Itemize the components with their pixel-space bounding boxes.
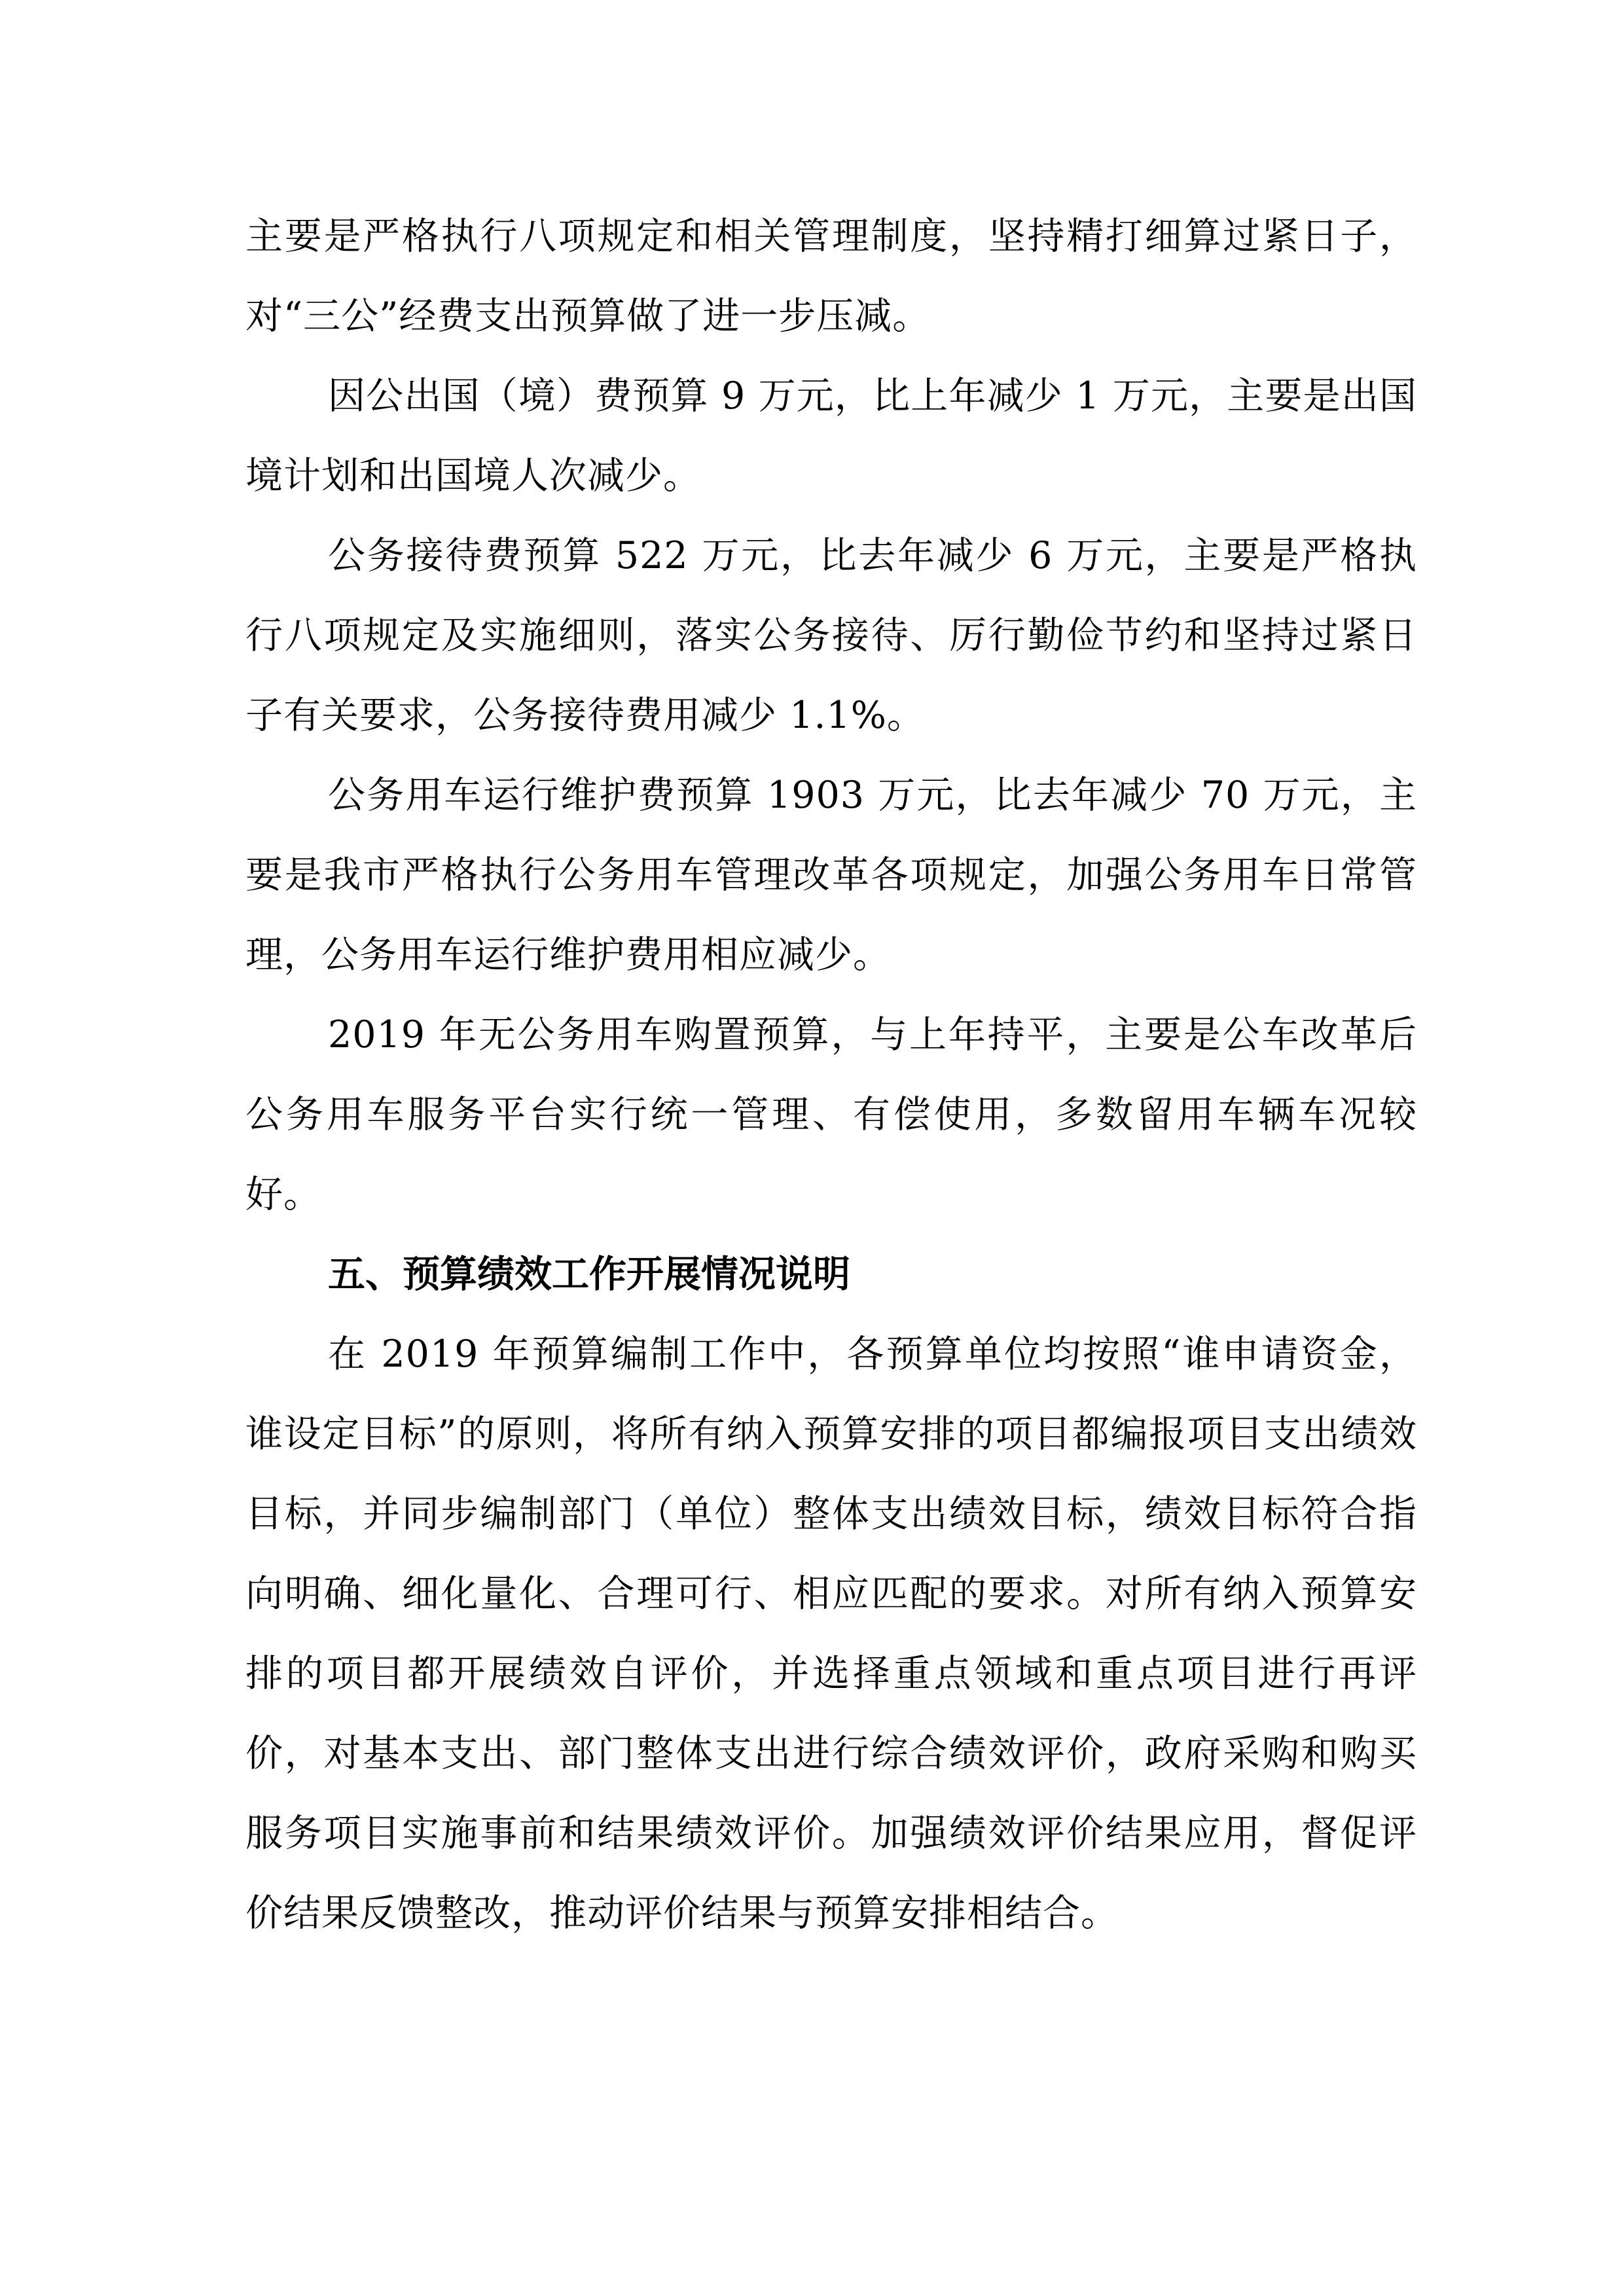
document-page: 主要是严格执行八项规定和相关管理制度，坚持精打细算过紧日子，对“三公”经费支出预…: [245, 196, 1417, 1953]
paragraph-overseas-travel-budget: 因公出国（境）费预算 9 万元，比上年减少 1 万元，主要是出国境计划和出国境人…: [245, 356, 1417, 516]
paragraph-three-public-expenses-summary: 主要是严格执行八项规定和相关管理制度，坚持精打细算过紧日子，对“三公”经费支出预…: [245, 196, 1417, 356]
paragraph-official-reception-budget: 公务接待费预算 522 万元，比去年减少 6 万元，主要是严格执行八项规定及实施…: [245, 516, 1417, 755]
paragraph-performance-work: 在 2019 年预算编制工作中，各预算单位均按照“谁申请资金，谁设定目标”的原则…: [245, 1314, 1417, 1953]
paragraph-vehicle-purchase-budget: 2019 年无公务用车购置预算，与上年持平，主要是公车改革后公务用车服务平台实行…: [245, 995, 1417, 1234]
paragraph-vehicle-operation-budget: 公务用车运行维护费预算 1903 万元，比去年减少 70 万元，主要是我市严格执…: [245, 755, 1417, 995]
section-heading-performance: 五、预算绩效工作开展情况说明: [245, 1234, 1417, 1314]
